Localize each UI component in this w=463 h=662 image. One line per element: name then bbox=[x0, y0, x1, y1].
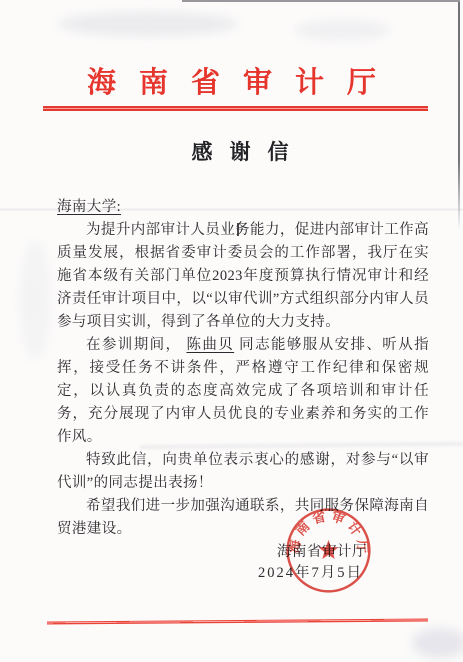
scan-smudge bbox=[20, 240, 50, 360]
paragraph-2-lead: 在参训期间， bbox=[86, 337, 186, 353]
trainee-name: 陈曲贝 bbox=[186, 337, 234, 353]
letter-page: 海南省审计厅 感谢信 海南大学: 为提升内部审计人员业务能力，促进内部审计工作高… bbox=[0, 0, 463, 662]
scan-smudge bbox=[412, 628, 463, 658]
letterhead-rule bbox=[43, 106, 428, 111]
official-seal: 海南省审计厅 bbox=[281, 503, 376, 598]
paragraph-2-rest: 同志能够服从安排、听从指挥，接受任务不讲条件，严格遵守工作纪律和保密规定，以认真… bbox=[57, 337, 429, 445]
paragraph-1: 为提升内部审计人员业务能力，促进内部审计工作高质量发展，根据省委审计委员会的工作… bbox=[57, 219, 429, 334]
letterhead-org-title: 海南省审计厅 bbox=[0, 60, 463, 101]
seal-star-icon bbox=[319, 540, 339, 559]
document-title: 感谢信 bbox=[0, 136, 463, 166]
salutation: 海南大学: bbox=[57, 196, 429, 219]
paragraph-2: 在参训期间， 陈曲贝 同志能够服从安排、听从指挥，接受任务不讲条件，严格遵守工作… bbox=[57, 334, 429, 449]
footer-rule bbox=[47, 619, 428, 625]
salutation-text: 海南大学: bbox=[57, 199, 121, 215]
scan-smudge bbox=[58, 12, 238, 36]
scan-right-edge-artifact bbox=[458, 2, 460, 230]
scan-top-edge-artifact bbox=[182, 0, 460, 2]
paragraph-3: 特致此信，向贵单位表示衷心的感谢，对参与“以审代训”的同志提出表扬！ bbox=[57, 449, 429, 495]
scan-smudge bbox=[295, 20, 390, 40]
letter-body: 海南大学: 为提升内部审计人员业务能力，促进内部审计工作高质量发展，根据省委审计… bbox=[57, 196, 429, 541]
